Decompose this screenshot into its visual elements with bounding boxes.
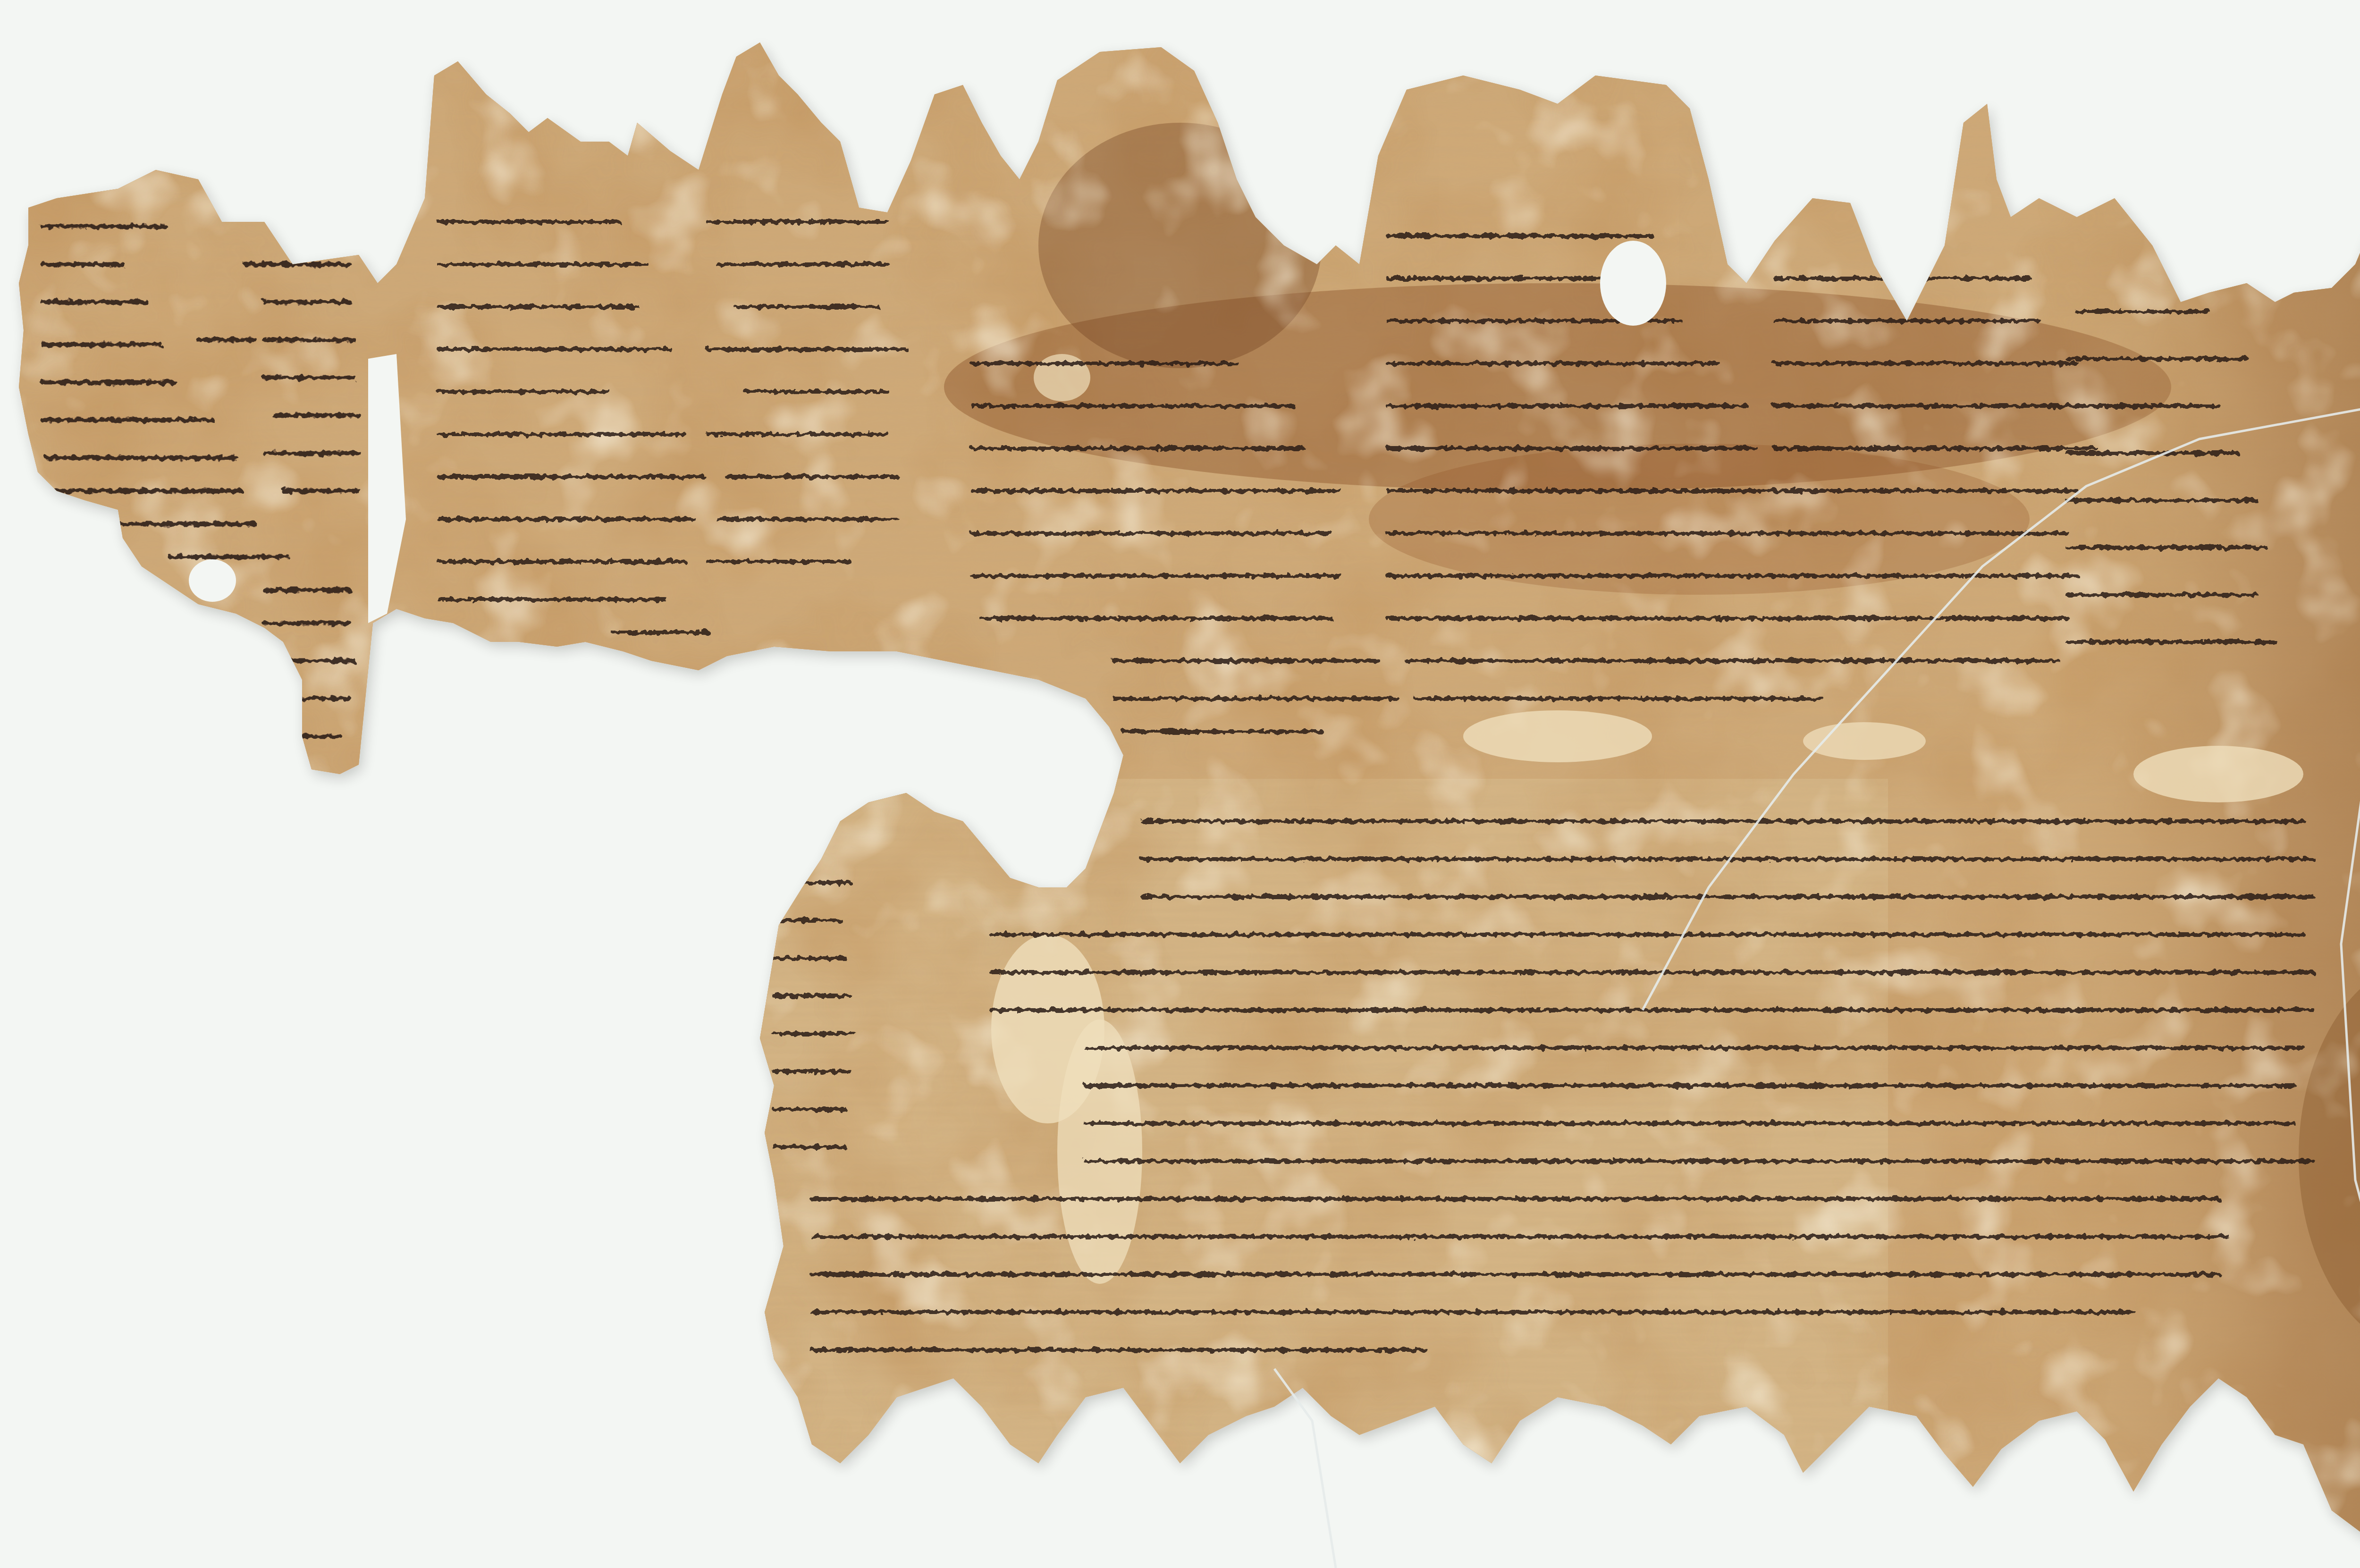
papyrus-photo	[0, 0, 2360, 1568]
lacuna-hole	[1600, 241, 1666, 326]
lacuna-hole	[189, 559, 236, 602]
papyrus-canvas	[0, 0, 2360, 1568]
